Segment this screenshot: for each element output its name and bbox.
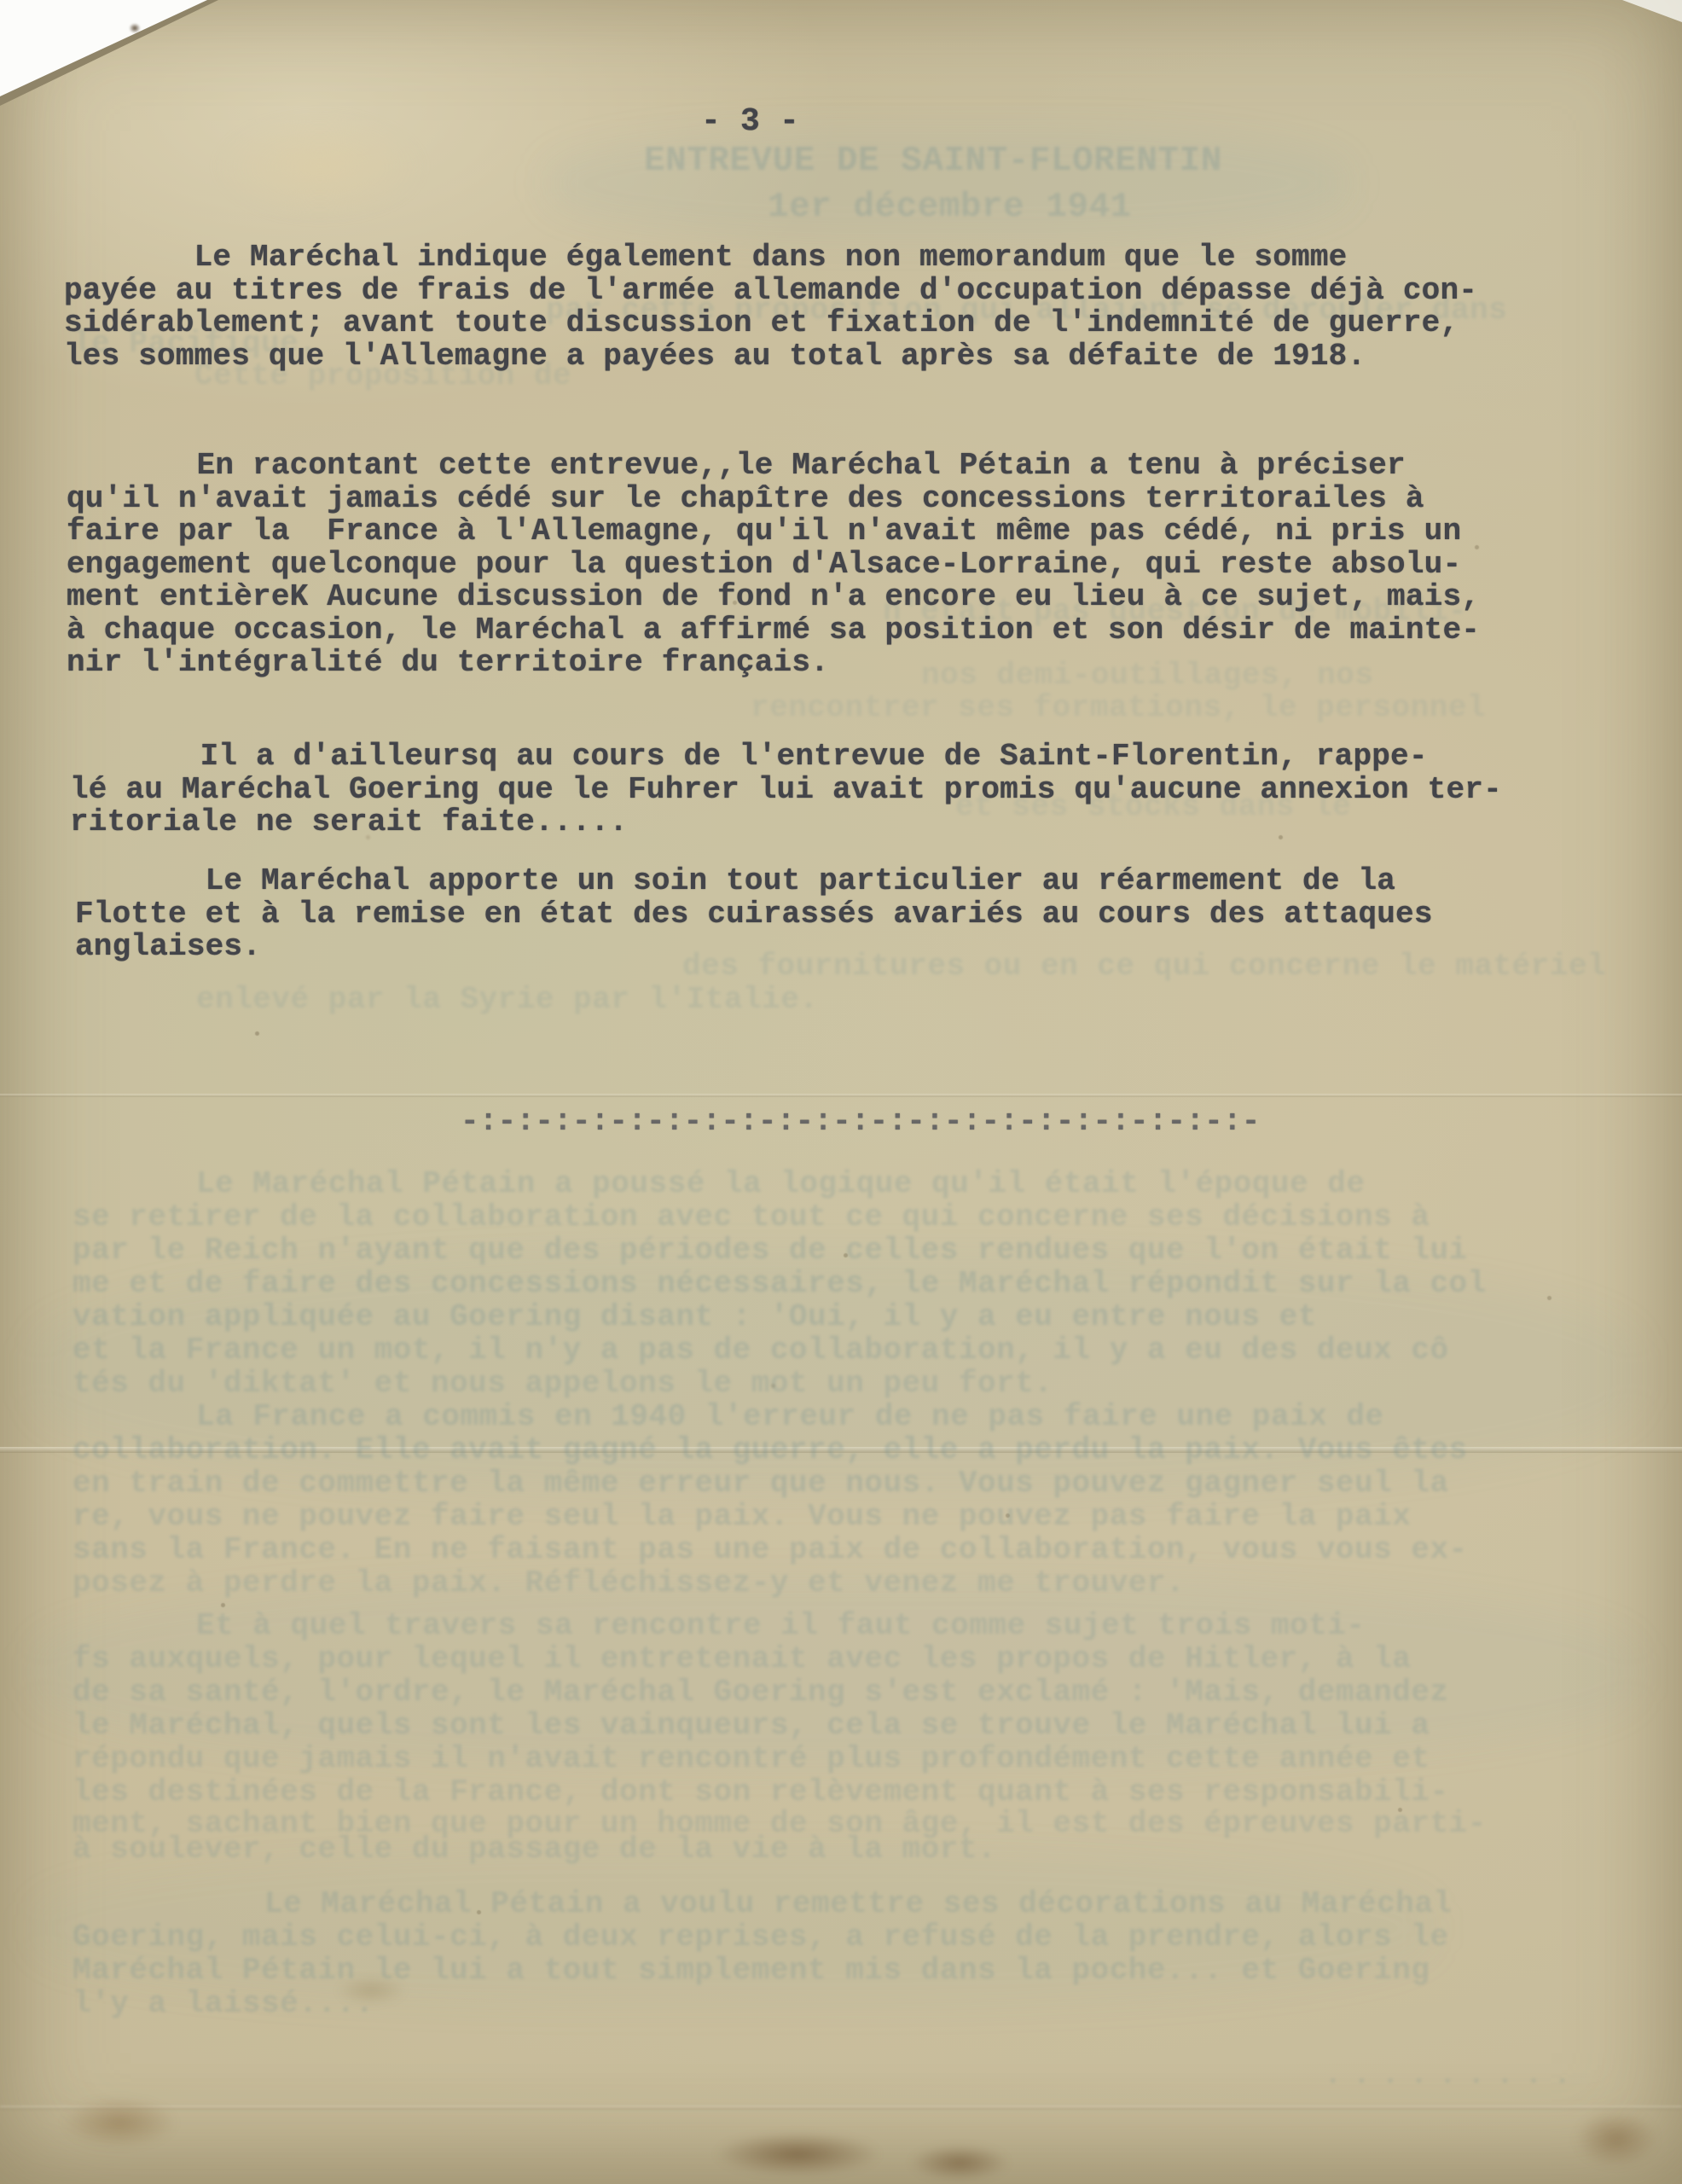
paper-stain — [896, 2140, 1024, 2184]
paper-stain — [128, 22, 142, 34]
ghost-text-line: La France a commis en 1940 l'erreur de n… — [196, 1400, 1384, 1433]
typed-paragraph: Il a d'ailleursq au cours de l'entrevue … — [70, 741, 1502, 839]
ghost-text-line: sans la France. En ne faisant pas une pa… — [72, 1533, 1468, 1566]
ghost-text-line: collaboration. Elle avait gagné la guerr… — [72, 1433, 1468, 1467]
ghost-text-line: tés du 'diktat' et nous appelons le mot … — [72, 1367, 1053, 1400]
ghost-text-line: de sa santé, l'ordre, le Maréchal Goerin… — [72, 1676, 1449, 1709]
ghost-text-line: à soulever, celle du passage de la vie à… — [72, 1833, 996, 1866]
ghost-text-line: Le Maréchal Pétain a voulu remettre ses … — [264, 1887, 1453, 1920]
section-divider: -:-:-:-:-:-:-:-:-:-:-:-:-:-:-:-:-:-:-:-:… — [461, 1106, 1261, 1139]
ghost-text-line: rencontrer ses formations, le personnel — [751, 691, 1486, 724]
fold-crease — [0, 2106, 1682, 2110]
ghost-text-line: ENTREVUE DE SAINT-FLORENTIN — [644, 145, 1222, 178]
paper-stain — [1561, 2100, 1672, 2177]
ghost-text-line: posez à perdre la paix. Réfléchissez-y e… — [72, 1566, 1185, 1600]
ghost-text-line: répondu que jamais il n'avait rencontré … — [72, 1742, 1430, 1775]
ghost-text-line: Goering, mais celui-ci, à deux reprises,… — [72, 1920, 1449, 1954]
torn-corner-top-right — [1622, 0, 1682, 26]
ghost-text-line: fs auxquels, pour lequel il entretenait … — [72, 1642, 1411, 1676]
document-page: ENTREVUE DE SAINT-FLORENTIN1er décembre … — [0, 0, 1682, 2184]
ghost-text-line: re, vous ne pouvez faire seul la paix. V… — [72, 1500, 1411, 1533]
ghost-text-line: les destinées de la France, dont son rel… — [72, 1775, 1449, 1809]
fold-crease — [0, 1094, 1682, 1097]
ghost-text-line: et la France un mot, il n'y a pas de col… — [72, 1333, 1449, 1367]
ghost-text-line: enlevé par la Syrie par l'Italie. — [196, 983, 818, 1016]
ghost-text-line: se retirer de la collaboration avec tout… — [72, 1200, 1430, 1234]
ghost-text-line: vation appliquée au Goering disant : 'Ou… — [72, 1300, 1317, 1333]
typed-paragraph: En racontant cette entrevue,,le Maréchal… — [67, 450, 1480, 680]
paper-speckles — [0, 0, 3, 3]
paper-stain — [691, 2126, 904, 2182]
page-number: - 3 - — [701, 106, 799, 139]
typed-paragraph: Le Maréchal indique également dans non m… — [64, 241, 1477, 373]
paper-stain — [43, 2088, 196, 2157]
typed-paragraph: Le Maréchal apporte un soin tout particu… — [75, 865, 1433, 964]
ghost-text-line: 1er décembre 1941 — [768, 191, 1132, 224]
ghost-text-line: Le Maréchal Pétain a poussé la logique q… — [196, 1167, 1365, 1200]
ghost-text-line: par le Reich n'ayant que des périodes de… — [72, 1234, 1468, 1267]
ghost-text-line: en train de commettre la même erreur que… — [72, 1467, 1449, 1500]
paper-crumple — [179, 94, 461, 239]
ghost-text-line: l'y a laissé.... — [72, 1987, 374, 2020]
ghost-text-line: ········· — [1324, 2065, 1581, 2098]
ghost-text-line: le Maréchal, quels sont les vainqueurs, … — [72, 1709, 1430, 1742]
torn-corner — [0, 0, 222, 107]
ghost-text-line: Maréchal Pétain le lui a tout simplement… — [72, 1954, 1430, 1987]
ghost-text-line: Et à quel travers sa rencontre il faut c… — [196, 1609, 1365, 1642]
ghost-text-line: me et de faire des concessions nécessair… — [72, 1267, 1487, 1300]
